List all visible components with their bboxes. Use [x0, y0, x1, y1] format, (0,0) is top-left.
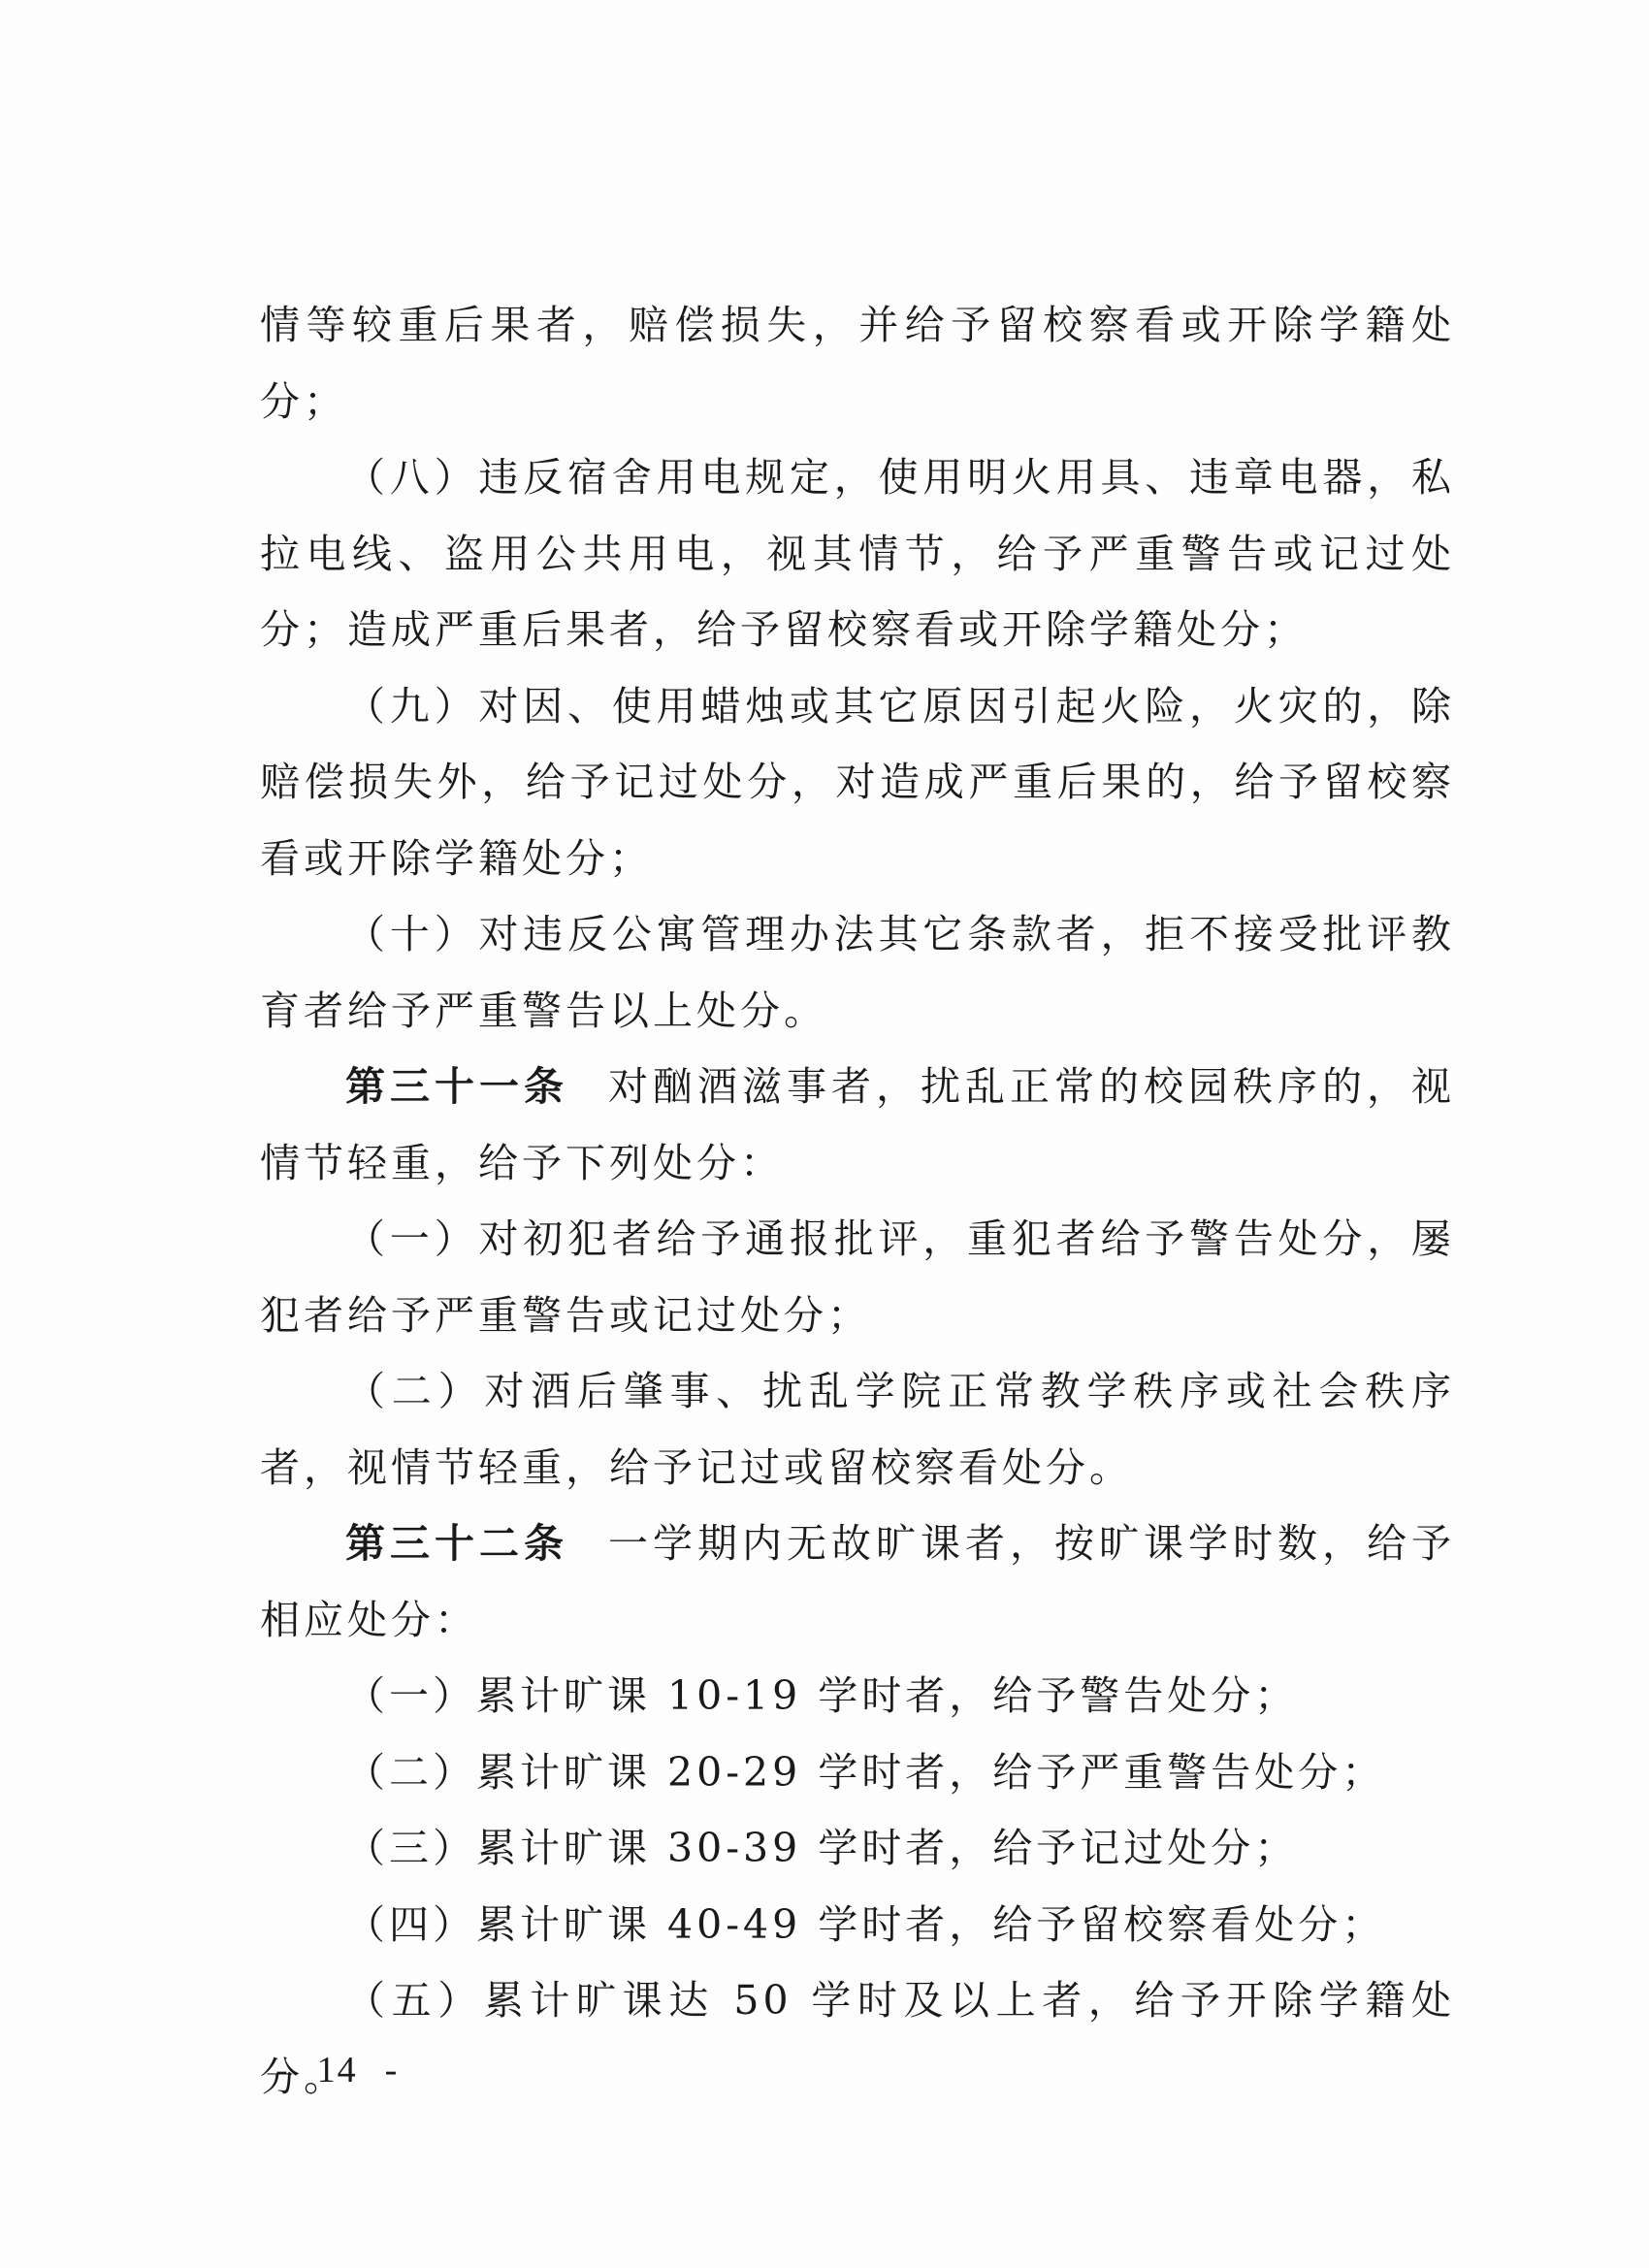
- document-body: 情等较重后果者，赔偿损失，并给予留校察看或开除学籍处分； （八）违反宿舍用电规定…: [260, 287, 1455, 2115]
- paragraph-article-32-item-4: （四）累计旷课 40-49 学时者，给予留校察看处分；: [260, 1887, 1455, 1963]
- article-31-heading: 第三十一条: [345, 1063, 568, 1110]
- article-32-heading: 第三十二条: [345, 1520, 568, 1567]
- footer-dash-right: -: [385, 2050, 400, 2090]
- article-32: 第三十二条一学期内无故旷课者，按旷课学时数，给予相应处分：: [260, 1506, 1455, 1658]
- paragraph-article-32-item-3: （三）累计旷课 30-39 学时者，给予记过处分；: [260, 1810, 1455, 1887]
- paragraph-item-8: （八）违反宿舍用电规定，使用明火用具、违章电器，私拉电线、盗用公共用电，视其情节…: [260, 439, 1455, 668]
- footer-dash-left: -: [275, 2050, 290, 2090]
- paragraph-article-32-item-5: （五）累计旷课达 50 学时及以上者，给予开除学籍处分。: [260, 1962, 1455, 2115]
- page-number-footer: -14-: [262, 2049, 412, 2091]
- paragraph-article-31-item-1: （一）对初犯者给予通报批评，重犯者给予警告处分，屡犯者给予严重警告或记过处分；: [260, 1201, 1455, 1353]
- page-number: 14: [317, 2050, 358, 2090]
- document-page: 情等较重后果者，赔偿损失，并给予留校察看或开除学籍处分； （八）违反宿舍用电规定…: [0, 0, 1649, 2268]
- paragraph-item-10: （十）对违反公寓管理办法其它条款者，拒不接受批评教育者给予严重警告以上处分。: [260, 896, 1455, 1049]
- paragraph-continuation: 情等较重后果者，赔偿损失，并给予留校察看或开除学籍处分；: [260, 287, 1455, 439]
- paragraph-item-9: （九）对因、使用蜡烛或其它原因引起火险，火灾的，除赔偿损失外，给予记过处分，对造…: [260, 668, 1455, 897]
- article-31: 第三十一条对酗酒滋事者，扰乱正常的校园秩序的，视情节轻重，给予下列处分：: [260, 1049, 1455, 1201]
- paragraph-article-32-item-1: （一）累计旷课 10-19 学时者，给予警告处分；: [260, 1658, 1455, 1734]
- paragraph-article-31-item-2: （二）对酒后肇事、扰乱学院正常教学秩序或社会秩序者，视情节轻重，给予记过或留校察…: [260, 1353, 1455, 1506]
- paragraph-article-32-item-2: （二）累计旷课 20-29 学时者，给予严重警告处分；: [260, 1734, 1455, 1811]
